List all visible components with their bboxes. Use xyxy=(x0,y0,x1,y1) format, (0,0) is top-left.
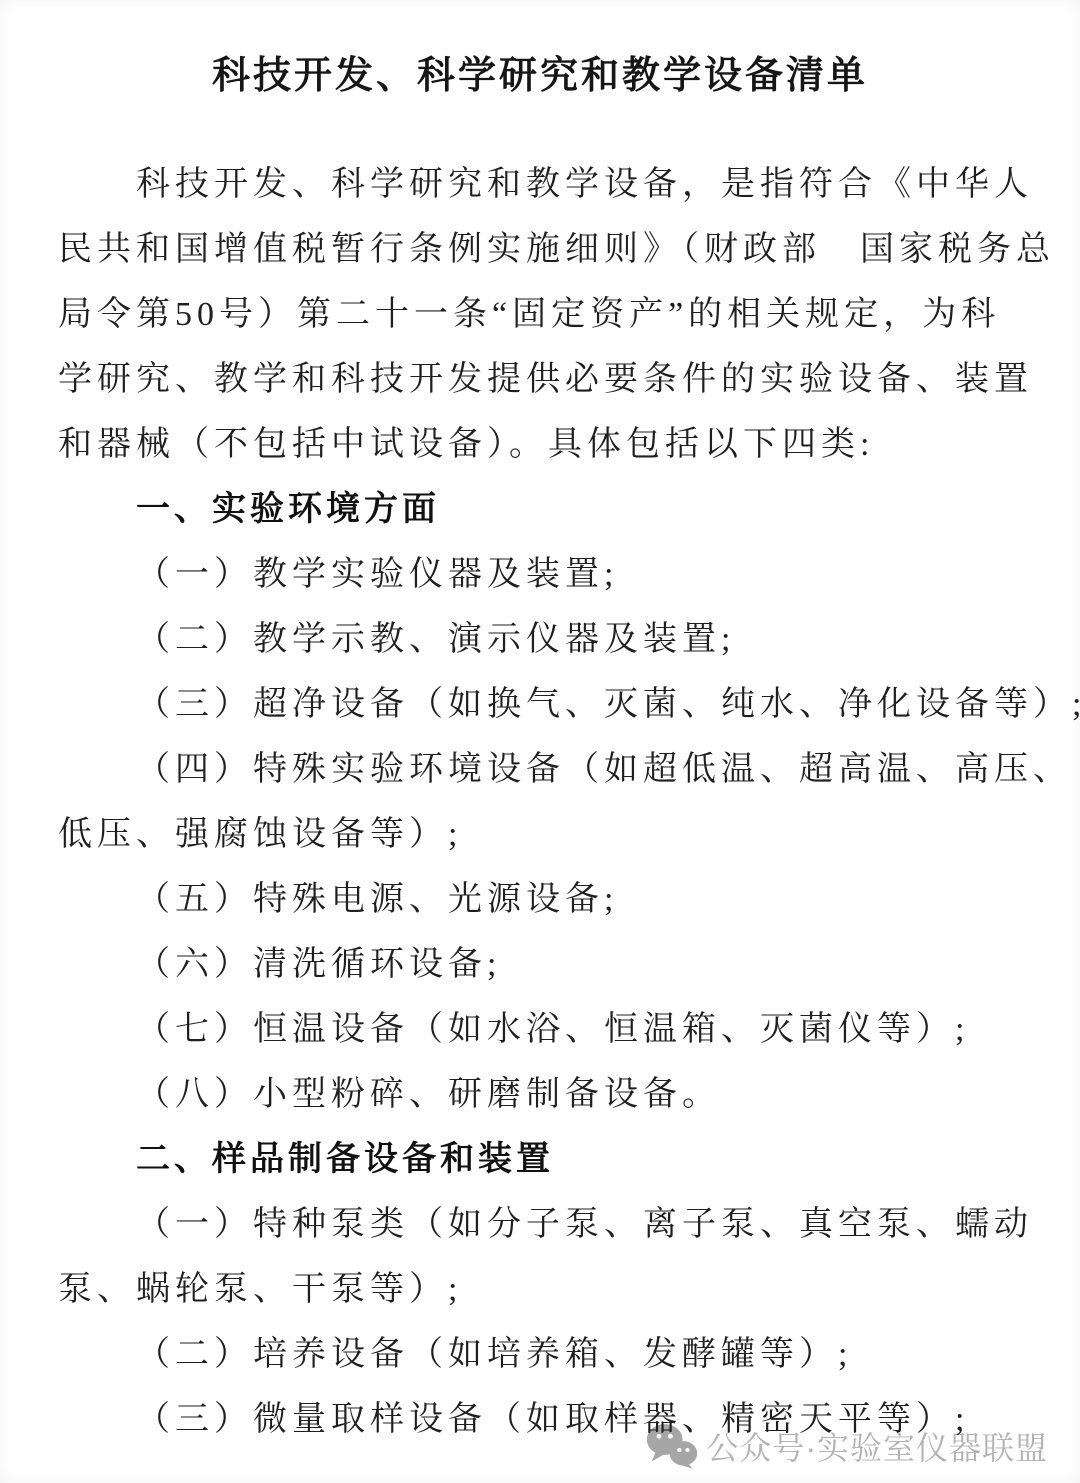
paragraph: （三）超净设备（如换气、灭菌、纯水、净化设备等）; xyxy=(58,672,1022,737)
paragraph: （七）恒温设备（如水浴、恒温箱、灭菌仪等）; xyxy=(58,997,1022,1062)
text-line: （七）恒温设备（如水浴、恒温箱、灭菌仪等）; xyxy=(58,997,1022,1062)
text-line: （三）超净设备（如换气、灭菌、纯水、净化设备等）; xyxy=(58,672,1022,737)
text-line: 和器械（不包括中试设备）。具体包括以下四类: xyxy=(58,412,1022,477)
document-page: 科技开发、科学研究和教学设备清单 科技开发、科学研究和教学设备，是指符合《中华人… xyxy=(0,0,1080,1483)
paragraph: （六）清洗循环设备; xyxy=(58,932,1022,997)
text-line: 局令第50号）第二十一条“固定资产”的相关规定，为科 xyxy=(58,282,1022,347)
text-line: 科技开发、科学研究和教学设备，是指符合《中华人 xyxy=(58,152,1022,217)
text-line: 泵、蜗轮泵、干泵等）; xyxy=(58,1257,1022,1322)
text-line: 学研究、教学和科技开发提供必要条件的实验设备、装置 xyxy=(58,347,1022,412)
paragraph: （二）培养设备（如培养箱、发酵罐等）; xyxy=(58,1322,1022,1387)
text-line: 低压、强腐蚀设备等）; xyxy=(58,802,1022,867)
text-line: （八）小型粉碎、研磨制备设备。 xyxy=(58,1062,1022,1127)
document-title: 科技开发、科学研究和教学设备清单 xyxy=(0,0,1080,152)
paragraph: （一）特种泵类（如分子泵、离子泵、真空泵、蠕动泵、蜗轮泵、干泵等）; xyxy=(58,1192,1022,1322)
section-heading: 二、样品制备设备和装置 xyxy=(58,1127,1022,1192)
document-body: 科技开发、科学研究和教学设备，是指符合《中华人民共和国增值税暂行条例实施细则》（… xyxy=(0,152,1080,1452)
text-line: （三）微量取样设备（如取样器、精密天平等）; xyxy=(58,1387,1022,1452)
text-line: （四）特殊实验环境设备（如超低温、超高温、高压、 xyxy=(58,737,1022,802)
section-heading: 一、实验环境方面 xyxy=(58,477,1022,542)
paragraph: （三）微量取样设备（如取样器、精密天平等）; xyxy=(58,1387,1022,1452)
paragraph: （四）特殊实验环境设备（如超低温、超高温、高压、低压、强腐蚀设备等）; xyxy=(58,737,1022,867)
text-line: （一）教学实验仪器及装置; xyxy=(58,542,1022,607)
paragraph: 科技开发、科学研究和教学设备，是指符合《中华人民共和国增值税暂行条例实施细则》（… xyxy=(58,152,1022,477)
text-line: 一、实验环境方面 xyxy=(58,477,1022,542)
paragraph: （五）特殊电源、光源设备; xyxy=(58,867,1022,932)
text-line: （二）培养设备（如培养箱、发酵罐等）; xyxy=(58,1322,1022,1387)
text-line: （六）清洗循环设备; xyxy=(58,932,1022,997)
text-line: 民共和国增值税暂行条例实施细则》（财政部 国家税务总 xyxy=(58,217,1022,282)
paragraph: （一）教学实验仪器及装置; xyxy=(58,542,1022,607)
text-line: （一）特种泵类（如分子泵、离子泵、真空泵、蠕动 xyxy=(58,1192,1022,1257)
text-line: 二、样品制备设备和装置 xyxy=(58,1127,1022,1192)
paragraph: （二）教学示教、演示仪器及装置; xyxy=(58,607,1022,672)
text-line: （五）特殊电源、光源设备; xyxy=(58,867,1022,932)
text-line: （二）教学示教、演示仪器及装置; xyxy=(58,607,1022,672)
paragraph: （八）小型粉碎、研磨制备设备。 xyxy=(58,1062,1022,1127)
